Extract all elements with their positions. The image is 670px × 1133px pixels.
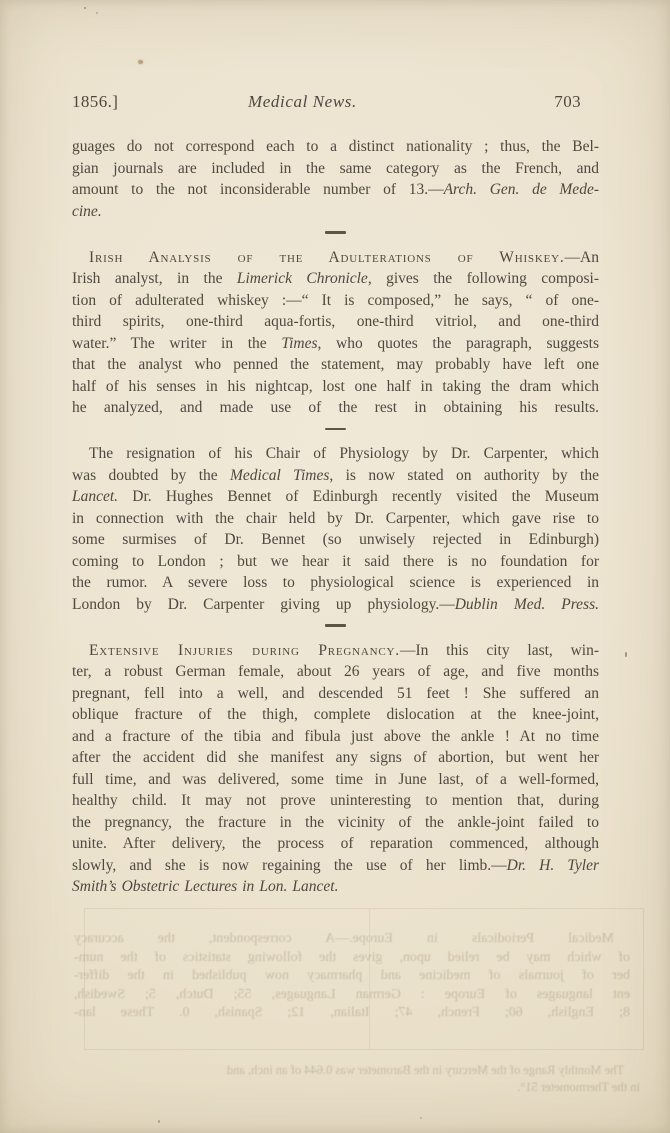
text-line: The resignation of his Chair of Physiolo… <box>72 443 599 465</box>
section-separator <box>325 624 346 627</box>
text-line: amount to the not inconsiderable number … <box>72 179 599 201</box>
article-paragraph: Extensive Injuries during Pregnancy.—In … <box>72 640 599 898</box>
text-line: some surmises of Dr. Bennet (so unwisely… <box>72 529 599 551</box>
text-line: Lancet. Dr. Hughes Bennet of Edinburgh r… <box>72 486 599 508</box>
bleed-through-text-upper: Medical Periodicals in Europe.—A corresp… <box>74 930 630 1023</box>
article-paragraph: The resignation of his Chair of Physiolo… <box>72 443 599 615</box>
bleed-through-line: ent languages of Europe : German Languag… <box>74 986 630 1005</box>
text-line: half of his senses in his nightcap, lost… <box>72 376 599 398</box>
bleed-through-line: ber of journals of medicine and pharmacy… <box>74 967 630 986</box>
scanned-journal-page: 1856.] Medical News. 703 guages do not c… <box>0 0 670 1133</box>
text-line: was doubted by the Medical Times, is now… <box>72 465 599 487</box>
paper-speck <box>138 60 143 64</box>
text-line: that the analyst who penned the statemen… <box>72 354 599 376</box>
text-line: and a fracture of the tibia and fibula j… <box>72 726 599 748</box>
text-line: full time, and was delivered, some time … <box>72 769 599 791</box>
paper-speck <box>84 7 86 9</box>
paper-speck <box>158 1120 160 1123</box>
bleed-through-line: of which may be relied upon, gives the f… <box>74 949 630 968</box>
text-line: guages do not correspond each to a disti… <box>72 136 599 158</box>
text-line: Smith’s Obstetric Lectures in Lon. Lance… <box>72 876 599 898</box>
text-line: Irish analyst, in the Limerick Chronicle… <box>72 268 599 290</box>
bleed-through-line: 8; English, 60; French, 47; Italian, 12;… <box>74 1004 630 1023</box>
section-separator <box>325 428 346 431</box>
text-line: gian journals are included in the same c… <box>72 158 599 180</box>
text-line: Irish Analysis of the Adulterations of W… <box>72 247 599 269</box>
running-head: 1856.] Medical News. 703 <box>72 92 599 116</box>
text-line: ter, a robust German female, about 26 ye… <box>72 661 599 683</box>
article-paragraph: Irish Analysis of the Adulterations of W… <box>72 247 599 419</box>
text-line: cine. <box>72 201 599 223</box>
text-line: after the accident did she manifest any … <box>72 747 599 769</box>
header-page-number: 703 <box>554 92 581 112</box>
bleed-through-line: Medical Periodicals in Europe.—A corresp… <box>74 930 630 949</box>
bleed-through-line: The Monthly Range of the Mercury in the … <box>92 1062 640 1079</box>
header-title: Medical News. <box>248 92 357 112</box>
text-line: Extensive Injuries during Pregnancy.—In … <box>72 640 599 662</box>
text-line: slowly, and she is now regaining the use… <box>72 855 599 877</box>
text-line: London by Dr. Carpenter giving up physio… <box>72 594 599 616</box>
bleed-through-line: in the Thermometer 51°. <box>92 1079 640 1096</box>
section-separator <box>325 231 346 234</box>
text-line: healthy child. It may not prove unintere… <box>72 790 599 812</box>
paper-speck <box>625 652 627 657</box>
paper-speck <box>96 12 98 14</box>
article-body: guages do not correspond each to a disti… <box>72 136 599 898</box>
bleed-through-text-lower: The Monthly Range of the Mercury in the … <box>92 1062 640 1095</box>
text-line: pregnant, fell into a well, and descende… <box>72 683 599 705</box>
text-line: unite. After delivery, the process of re… <box>72 833 599 855</box>
text-line: tion of adulterated whiskey :—“ It is co… <box>72 290 599 312</box>
text-line: third spirits, one-third aqua-fortis, on… <box>72 311 599 333</box>
paper-speck <box>420 1117 422 1119</box>
text-line: in connection with the chair held by Dr.… <box>72 508 599 530</box>
article-paragraph: guages do not correspond each to a disti… <box>72 136 599 222</box>
header-year: 1856.] <box>72 92 118 112</box>
text-line: the rumor. A severe loss to physiologica… <box>72 572 599 594</box>
text-line: he analyzed, and made use of the rest in… <box>72 397 599 419</box>
text-line: the pregnancy, the fracture in the vicin… <box>72 812 599 834</box>
text-line: oblique fracture of the thigh, complete … <box>72 704 599 726</box>
text-line: coming to London ; but we hear it said t… <box>72 551 599 573</box>
text-line: water.” The writer in the Times, who quo… <box>72 333 599 355</box>
